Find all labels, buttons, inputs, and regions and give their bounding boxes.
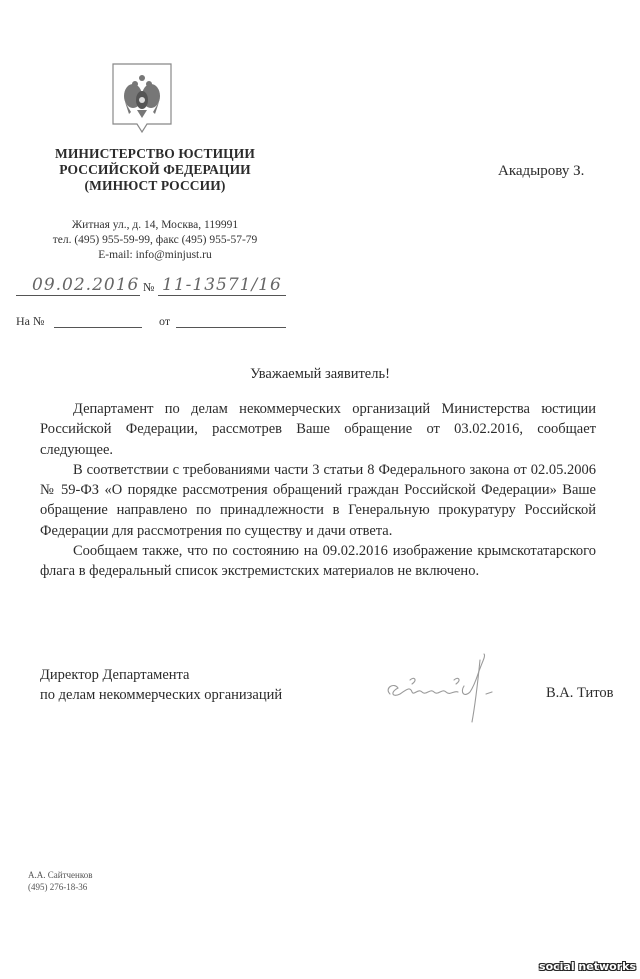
outgoing-date: 09.02.2016	[32, 275, 139, 295]
phone-fax: тел. (495) 955-59-99, факс (495) 955-57-…	[20, 233, 290, 248]
ministry-name-line: РОССИЙСКОЙ ФЕДЕРАЦИИ	[20, 162, 290, 178]
number-underline	[158, 295, 286, 296]
outgoing-number: 11-13571/16	[162, 275, 282, 295]
outgoing-reference: 09.02.2016 № 11-13571/16	[16, 275, 286, 297]
street-address: Житная ул., д. 14, Москва, 119991	[20, 218, 290, 233]
ministry-name-line: МИНИСТЕРСТВО ЮСТИЦИИ	[20, 146, 290, 162]
signatory-title-line: Директор Департамента	[40, 665, 282, 685]
incoming-from-label: от	[159, 314, 170, 329]
ministry-address: Житная ул., д. 14, Москва, 119991 тел. (…	[20, 218, 290, 263]
coat-of-arms-icon	[111, 62, 173, 138]
paragraph: В соответствии с требованиями части 3 ст…	[40, 460, 596, 541]
recipient: Акадырову З.	[498, 163, 584, 180]
paragraph: Сообщаем также, что по состоянию на 09.0…	[40, 541, 596, 582]
email: E-mail: info@minjust.ru	[20, 248, 290, 263]
executor-info: А.А. Сайтченков (495) 276-18-36	[28, 869, 93, 893]
incoming-number-label: На №	[16, 314, 44, 329]
signatory-title-line: по делам некоммерческих организаций	[40, 685, 282, 705]
executor-phone: (495) 276-18-36	[28, 881, 93, 893]
incoming-date-blank	[176, 327, 286, 328]
executor-name: А.А. Сайтченков	[28, 869, 93, 881]
number-label: №	[143, 280, 154, 295]
ministry-name: МИНИСТЕРСТВО ЮСТИЦИИ РОССИЙСКОЙ ФЕДЕРАЦИ…	[20, 146, 290, 194]
ministry-short-name: (МИНЮСТ РОССИИ)	[20, 178, 290, 194]
salutation: Уважаемый заявитель!	[0, 366, 640, 383]
handwritten-signature	[380, 650, 510, 730]
signatory-title: Директор Департамента по делам некоммерч…	[40, 665, 282, 705]
letter-body: Департамент по делам некоммерческих орга…	[40, 399, 596, 582]
signatory-name: В.А. Титов	[546, 685, 614, 702]
paragraph: Департамент по делам некоммерческих орга…	[40, 399, 596, 460]
watermark: social networks	[539, 960, 636, 973]
incoming-reference: На № от	[16, 314, 286, 332]
date-underline	[16, 295, 140, 296]
incoming-number-blank	[54, 327, 142, 328]
